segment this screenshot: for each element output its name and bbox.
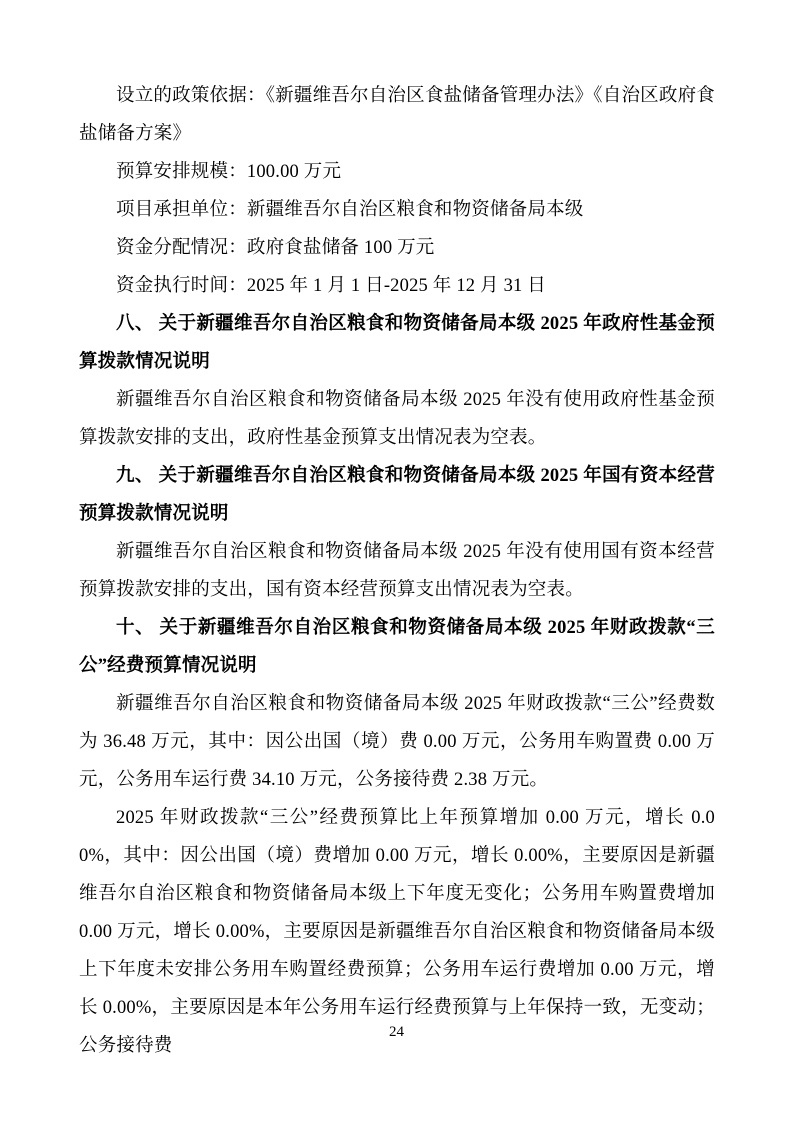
policy-basis-paragraph: 设立的政策依据：《新疆维吾尔自治区食盐储备管理办法》《自治区政府食盐储备方案》: [79, 77, 715, 153]
document-body: 设立的政策依据：《新疆维吾尔自治区食盐储备管理办法》《自治区政府食盐储备方案》 …: [79, 77, 715, 1065]
budget-scale-paragraph: 预算安排规模：100.00 万元: [79, 153, 715, 191]
section-8-paragraph: 新疆维吾尔自治区粮食和物资储备局本级 2025 年没有使用政府性基金预算拨款安排…: [79, 381, 715, 457]
section-8-heading: 八、 关于新疆维吾尔自治区粮食和物资储备局本级 2025 年政府性基金预算拨款情…: [79, 305, 715, 381]
section-10-paragraph-1: 新疆维吾尔自治区粮食和物资储备局本级 2025 年财政拨款“三公”经费数为 36…: [79, 685, 715, 799]
section-9-paragraph: 新疆维吾尔自治区粮食和物资储备局本级 2025 年没有使用国有资本经营预算拨款安…: [79, 533, 715, 609]
section-9-heading: 九、 关于新疆维吾尔自治区粮食和物资储备局本级 2025 年国有资本经营预算拨款…: [79, 457, 715, 533]
fund-allocation-paragraph: 资金分配情况：政府食盐储备 100 万元: [79, 229, 715, 267]
execution-period-paragraph: 资金执行时间：2025 年 1 月 1 日-2025 年 12 月 31 日: [79, 267, 715, 305]
section-10-heading: 十、 关于新疆维吾尔自治区粮食和物资储备局本级 2025 年财政拨款“三公”经费…: [79, 609, 715, 685]
document-page: 设立的政策依据：《新疆维吾尔自治区食盐储备管理办法》《自治区政府食盐储备方案》 …: [0, 0, 793, 1122]
undertaking-unit-paragraph: 项目承担单位：新疆维吾尔自治区粮食和物资储备局本级: [79, 191, 715, 229]
page-number: 24: [0, 1022, 793, 1042]
